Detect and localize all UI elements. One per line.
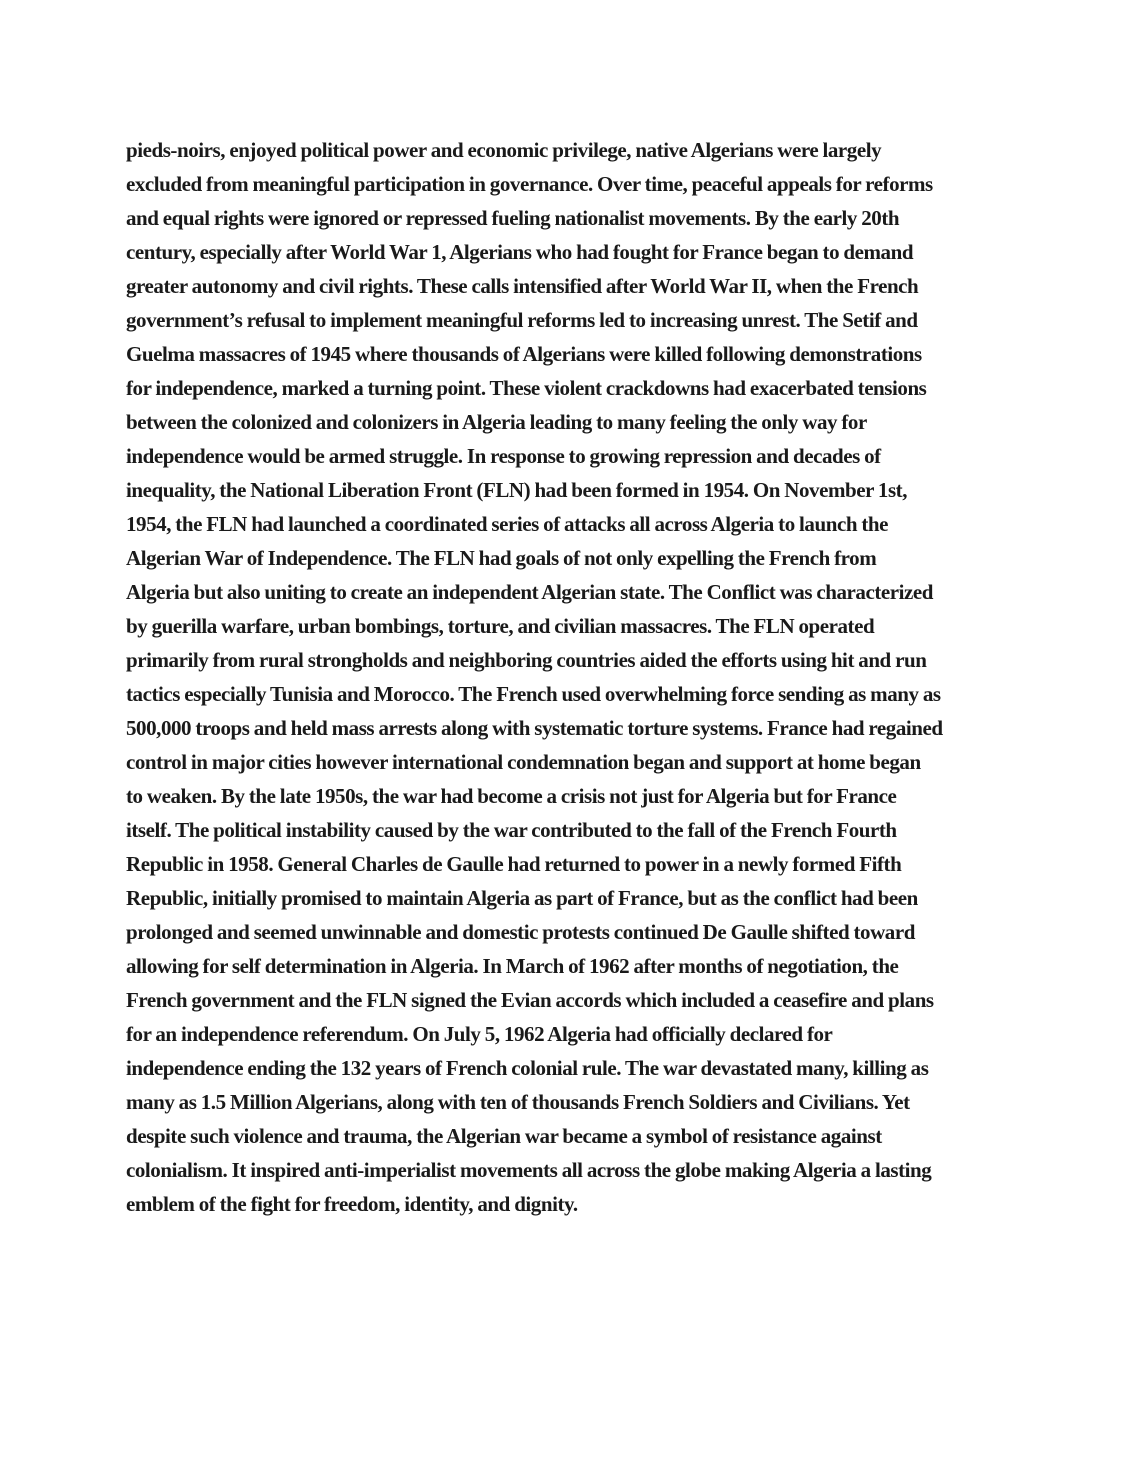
paragraph-line: pieds-noirs, enjoyed political power and… (126, 133, 1026, 167)
paragraph-line: Algerian War of Independence. The FLN ha… (126, 541, 1026, 575)
paragraph-line: Republic in 1958. General Charles de Gau… (126, 847, 1026, 881)
paragraph-line: French government and the FLN signed the… (126, 983, 1026, 1017)
paragraph-line: to weaken. By the late 1950s, the war ha… (126, 779, 1026, 813)
paragraph-line: Guelma massacres of 1945 where thousands… (126, 337, 1026, 371)
paragraph-line: and equal rights were ignored or repress… (126, 201, 1026, 235)
paragraph-line: century, especially after World War 1, A… (126, 235, 1026, 269)
paragraph-line: for independence, marked a turning point… (126, 371, 1026, 405)
paragraph-line: 1954, the FLN had launched a coordinated… (126, 507, 1026, 541)
paragraph-line: Algeria but also uniting to create an in… (126, 575, 1026, 609)
paragraph-line: by guerilla warfare, urban bombings, tor… (126, 609, 1026, 643)
paragraph-line: independence would be armed struggle. In… (126, 439, 1026, 473)
paragraph-line: prolonged and seemed unwinnable and dome… (126, 915, 1026, 949)
paragraph-line: control in major cities however internat… (126, 745, 1026, 779)
paragraph-line: primarily from rural strongholds and nei… (126, 643, 1026, 677)
paragraph-line: independence ending the 132 years of Fre… (126, 1051, 1026, 1085)
paragraph-line: government’s refusal to implement meanin… (126, 303, 1026, 337)
paragraph-line: many as 1.5 Million Algerians, along wit… (126, 1085, 1026, 1119)
paragraph-line: itself. The political instability caused… (126, 813, 1026, 847)
paragraph-line: emblem of the fight for freedom, identit… (126, 1187, 1026, 1221)
paragraph-line: for an independence referendum. On July … (126, 1017, 1026, 1051)
paragraph-line: Republic, initially promised to maintain… (126, 881, 1026, 915)
body-paragraph: pieds-noirs, enjoyed political power and… (126, 133, 1026, 1221)
paragraph-line: tactics especially Tunisia and Morocco. … (126, 677, 1026, 711)
paragraph-line: inequality, the National Liberation Fron… (126, 473, 1026, 507)
paragraph-line: between the colonized and colonizers in … (126, 405, 1026, 439)
paragraph-line: allowing for self determination in Alger… (126, 949, 1026, 983)
document-page: pieds-noirs, enjoyed political power and… (0, 0, 1138, 1482)
paragraph-line: 500,000 troops and held mass arrests alo… (126, 711, 1026, 745)
paragraph-line: excluded from meaningful participation i… (126, 167, 1026, 201)
paragraph-line: colonialism. It inspired anti-imperialis… (126, 1153, 1026, 1187)
paragraph-line: despite such violence and trauma, the Al… (126, 1119, 1026, 1153)
paragraph-line: greater autonomy and civil rights. These… (126, 269, 1026, 303)
